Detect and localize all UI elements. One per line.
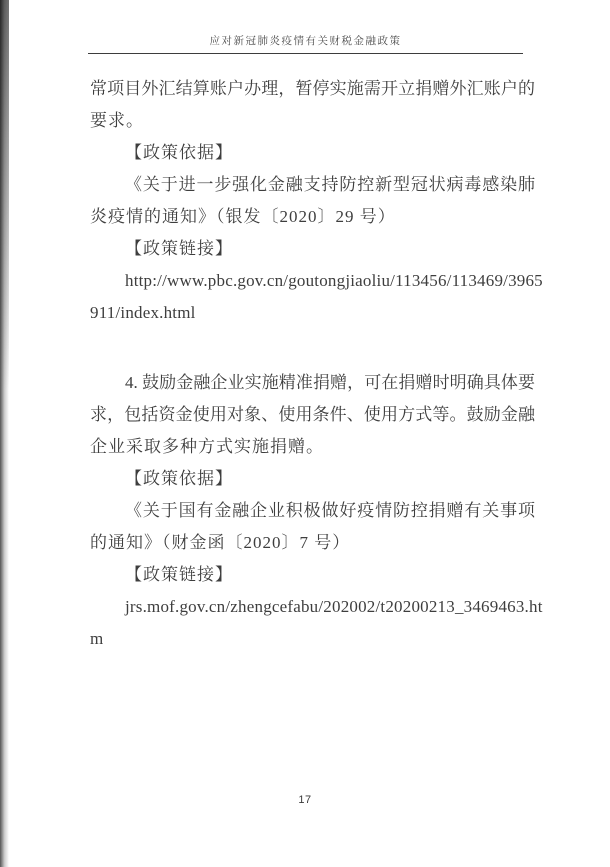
document-line: 求，包括资金使用对象、使用条件、使用方式等。鼓励金融 [90, 399, 535, 431]
document-line: 《关于进一步强化金融支持防控新型冠状病毒感染肺 [90, 169, 535, 201]
document-line: 要求。 [90, 105, 535, 137]
document-line: 【政策依据】 [90, 137, 535, 169]
page-number: 17 [0, 794, 610, 806]
document-page: 应对新冠肺炎疫情有关财税金融政策 常项目外汇结算账户办理，暂停实施需开立捐赠外汇… [0, 0, 610, 867]
document-line: 【政策链接】 [90, 233, 535, 265]
document-line: m [90, 623, 535, 655]
page-header-title: 应对新冠肺炎疫情有关财税金融政策 [88, 33, 523, 48]
document-line: 【政策链接】 [90, 559, 535, 591]
document-body: 常项目外汇结算账户办理，暂停实施需开立捐赠外汇账户的要求。【政策依据】《关于进一… [90, 73, 535, 655]
blank-line [90, 329, 535, 367]
document-line: 常项目外汇结算账户办理，暂停实施需开立捐赠外汇账户的 [90, 73, 535, 105]
document-line: http://www.pbc.gov.cn/goutongjiaoliu/113… [90, 265, 535, 297]
document-line: 的通知》（财金函〔2020〕7 号） [90, 527, 535, 559]
document-line: 炎疫情的通知》（银发〔2020〕29 号） [90, 201, 535, 233]
document-line: jrs.mof.gov.cn/zhengcefabu/202002/t20200… [90, 591, 535, 623]
document-line: 企业采取多种方式实施捐赠。 [90, 431, 535, 463]
document-line: 911/index.html [90, 297, 535, 329]
document-line: 【政策依据】 [90, 463, 535, 495]
document-line: 4. 鼓励金融企业实施精准捐赠，可在捐赠时明确具体要 [90, 367, 535, 399]
document-line: 《关于国有金融企业积极做好疫情防控捐赠有关事项 [90, 495, 535, 527]
header-rule [88, 53, 523, 54]
scan-edge-shadow [0, 0, 9, 867]
